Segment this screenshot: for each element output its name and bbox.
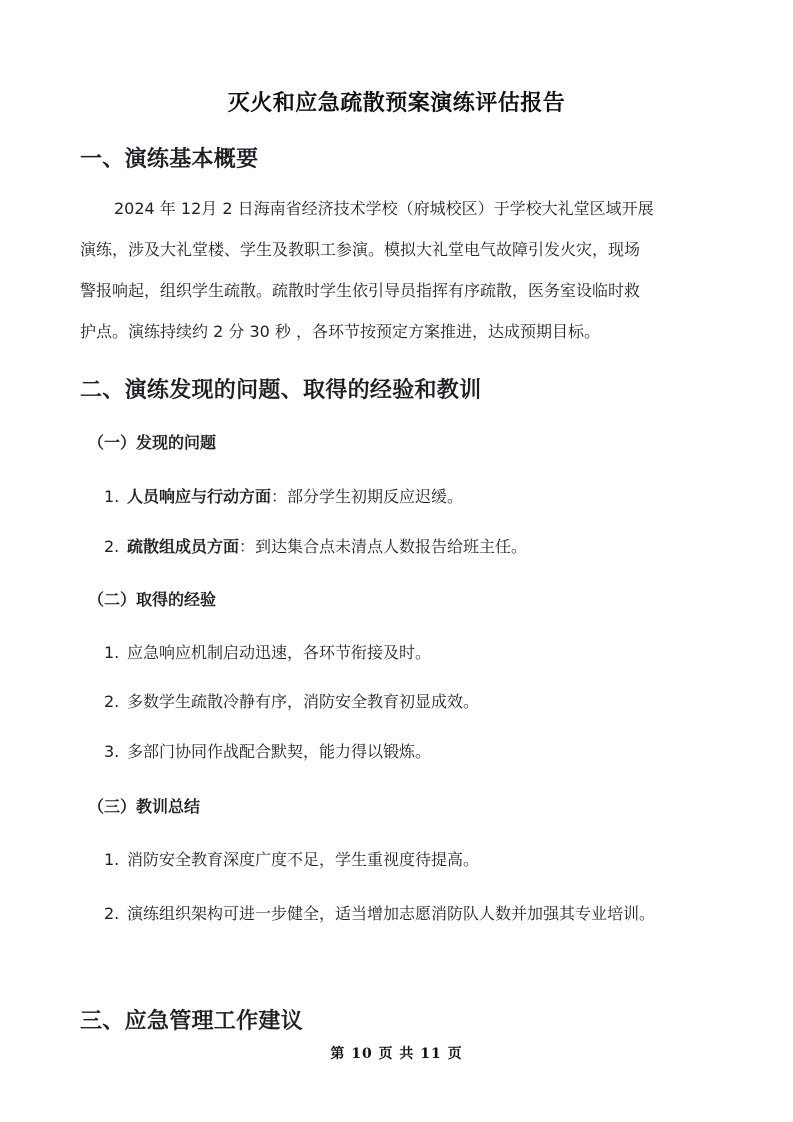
list-item: 2.演练组织架构可进一步健全，适当增加志愿消防队人数并加强其专业培训。	[104, 901, 655, 924]
list-item-bold-label: 疏散组成员方面	[127, 537, 239, 556]
list-item-text: 演练组织架构可进一步健全，适当增加志愿消防队人数并加强其专业培训。	[127, 904, 655, 923]
list-item-text: ：到达集合点未清点人数报告给班主任。	[239, 537, 527, 556]
list-item: 2.疏散组成员方面：到达集合点未清点人数报告给班主任。	[104, 534, 527, 557]
subsection-heading-lessons: （三）教训总结	[88, 794, 200, 817]
list-item-bold-label: 人员响应与行动方面	[127, 487, 271, 506]
list-item: 1.应急响应机制启动迅速，各环节衔接及时。	[104, 640, 431, 663]
paragraph-line: 护点。演练持续约 2 分 30 秒 ，各环节按预定方案推进，达成预期目标。	[80, 311, 720, 352]
paragraph-line: 2024 年 12月 2 日海南省经济技术学校（府城校区）于学校大礼堂区域开展	[80, 188, 720, 229]
list-item: 3.多部门协同作战配合默契，能力得以锻炼。	[104, 739, 431, 762]
list-number: 1.	[104, 643, 127, 662]
list-item-text: 多数学生疏散冷静有序，消防安全教育初显成效。	[127, 692, 479, 711]
list-item-text: ：部分学生初期反应迟缓。	[271, 487, 463, 506]
section-heading-recommendations: 三、应急管理工作建议	[80, 1004, 303, 1035]
section-heading-findings: 二、演练发现的问题、取得的经验和教训	[80, 373, 481, 404]
paragraph-line: 警报响起，组织学生疏散。疏散时学生依引导员指挥有序疏散，医务室设临时救	[80, 270, 720, 311]
page-footer: 第 10 页 共 11 页	[0, 1043, 793, 1063]
list-number: 2.	[104, 904, 127, 923]
list-item: 2.多数学生疏散冷静有序，消防安全教育初显成效。	[104, 689, 479, 712]
subsection-heading-problems: （一）发现的问题	[88, 430, 216, 453]
overview-paragraph: 2024 年 12月 2 日海南省经济技术学校（府城校区）于学校大礼堂区域开展 …	[80, 188, 720, 352]
list-item: 1.人员响应与行动方面：部分学生初期反应迟缓。	[104, 484, 463, 507]
section-heading-overview: 一、演练基本概要	[80, 142, 258, 173]
list-item-text: 应急响应机制启动迅速，各环节衔接及时。	[127, 643, 431, 662]
subsection-heading-experience: （二）取得的经验	[88, 587, 216, 610]
list-item-text: 消防安全教育深度广度不足，学生重视度待提高。	[127, 850, 479, 869]
list-item: 1.消防安全教育深度广度不足，学生重视度待提高。	[104, 847, 479, 870]
document-page: 灭火和应急疏散预案演练评估报告 一、演练基本概要 2024 年 12月 2 日海…	[0, 0, 793, 1122]
list-item-text: 多部门协同作战配合默契，能力得以锻炼。	[127, 742, 431, 761]
document-title: 灭火和应急疏散预案演练评估报告	[0, 86, 793, 117]
list-number: 2.	[104, 692, 127, 711]
paragraph-line: 演练，涉及大礼堂楼、学生及教职工参演。模拟大礼堂电气故障引发火灾，现场	[80, 229, 720, 270]
list-number: 3.	[104, 742, 127, 761]
list-number: 1.	[104, 487, 127, 506]
list-number: 2.	[104, 537, 127, 556]
list-number: 1.	[104, 850, 127, 869]
